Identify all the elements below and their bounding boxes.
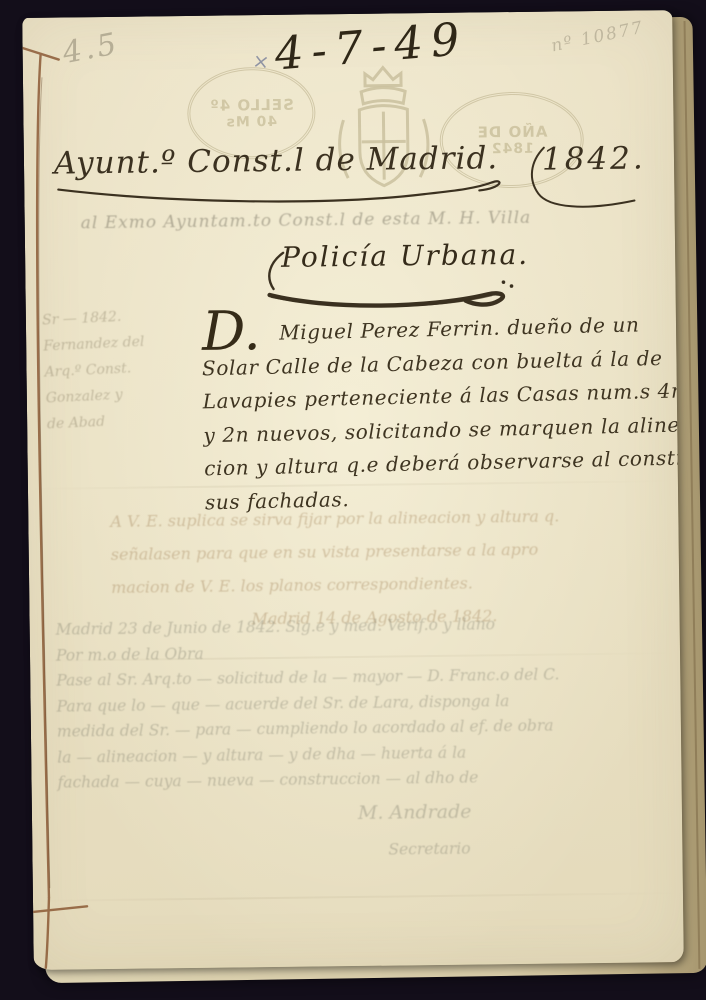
archive-date-code: 4-7-49 <box>273 12 470 81</box>
ghost-margin-line: de Abad <box>46 407 148 438</box>
subject-title: Policía Urbana. <box>281 238 529 274</box>
ghost-minutes-block: Madrid 23 de Junio de 1842. Sig.e y med.… <box>56 611 562 870</box>
pencil-folio-note: 4.5 <box>60 26 122 71</box>
seal-left-value: 40 Ms <box>226 114 278 131</box>
pencil-cross-mark: × <box>251 48 271 74</box>
office-title: Ayunt.º Const.l de Madrid. <box>54 140 499 181</box>
ghost-addressee-line: al Exmo Ayuntam.to Const.l de esta M. H.… <box>81 208 532 234</box>
seal-year-text: AÑO DE <box>476 123 547 142</box>
pencil-number-note: nº 10877 <box>549 18 646 57</box>
tax-seal-watermark: SELLO 4º 40 Ms AÑO DE 1842 <box>23 54 675 222</box>
petition-body: Miguel Perez Ferrin. dueño de un Solar C… <box>201 307 684 519</box>
seal-crown-icon <box>323 59 445 200</box>
ghost-margin-notes: Sr — 1842. Fernandez del Arq.º Const. Go… <box>42 303 149 438</box>
seal-left-text: SELLO 4º <box>209 96 294 115</box>
ghost-secretary-line: Secretario <box>58 830 562 870</box>
ghost-reply-line: A V. E. suplica se sirva fijar por la al… <box>110 499 559 537</box>
ghost-reply-line: señalasen para que en su vista presentar… <box>111 532 560 570</box>
manuscript-photo: 4.5 × 4-7-49 nº 10877 SELLO 4º 40 Ms <box>0 0 706 1000</box>
paper-crease <box>33 892 683 902</box>
file-year: 1842. <box>542 140 646 177</box>
manuscript-page: 4.5 × 4-7-49 nº 10877 SELLO 4º 40 Ms <box>22 10 684 970</box>
ghost-signature: M. Andrade <box>58 790 562 836</box>
ghost-reply-line: macion de V. E. los planos correspondien… <box>111 565 560 603</box>
